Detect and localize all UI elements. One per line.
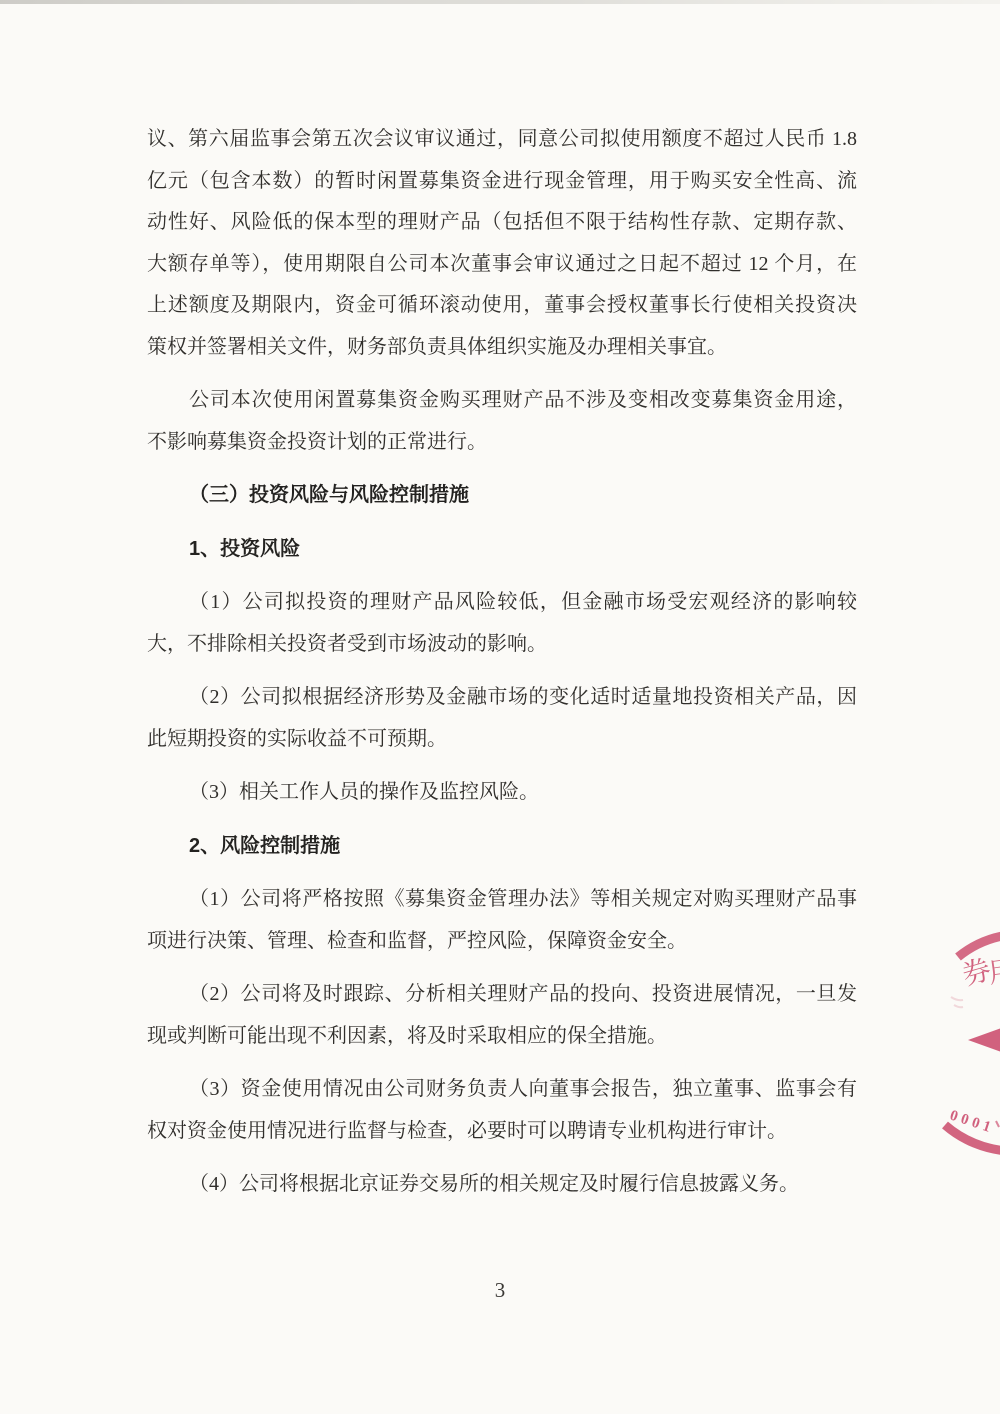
scan-artifact-top-edge: [0, 0, 1000, 4]
seal-bottom-arc: [945, 1125, 1000, 1151]
text-line: 权对资金使用情况进行监督与检查，必要时可以聘请专业机构进行审计。: [147, 1111, 857, 1153]
text-line: （4）公司将根据北京证券交易所的相关规定及时履行信息披露义务。: [147, 1164, 857, 1206]
text-line: 动性好、风险低的保本型的理财产品（包括但不限于结构性存款、定期存款、: [147, 202, 857, 244]
paragraph: （3）资金使用情况由公司财务负责人向董事会报告，独立董事、监事会有权对资金使用情…: [147, 1069, 857, 1152]
text-line: 2、风险控制措施: [147, 826, 857, 868]
section-heading: （三）投资风险与风险控制措施: [147, 475, 857, 517]
seal-serial-number: 0001: [948, 1108, 997, 1137]
text-line: （2）公司将及时跟踪、分析相关理财产品的投向、投资进展情况，一旦发: [147, 974, 857, 1016]
paragraph: （1）公司拟投资的理财产品风险较低，但金融市场受宏观经济的影响较大，不排除相关投…: [147, 582, 857, 665]
text-line: 上述额度及期限内，资金可循环滚动使用，董事会授权董事长行使相关投资决: [147, 285, 857, 327]
paragraph: 公司本次使用闲置募集资金购买理财产品不涉及变相改变募集资金用途，不影响募集资金投…: [147, 380, 857, 463]
text-line: 1、投资风险: [147, 529, 857, 571]
seal-partial-char: 用: [986, 955, 1000, 990]
section-heading: 2、风险控制措施: [147, 826, 857, 868]
paragraph: （3）相关工作人员的操作及监控风险。: [147, 772, 857, 814]
text-line: （1）公司拟投资的理财产品风险较低，但金融市场受宏观经济的影响较: [147, 582, 857, 624]
text-line: 议、第六届监事会第五次会议审议通过，同意公司拟使用额度不超过人民币 1.8: [147, 119, 857, 161]
text-line: 项进行决策、管理、检查和监督，严控风险，保障资金安全。: [147, 921, 857, 963]
seal-char: 券: [959, 953, 995, 991]
text-line: 亿元（包含本数）的暂时闲置募集资金进行现金管理，用于购买安全性高、流: [147, 161, 857, 203]
text-line: （3）相关工作人员的操作及监控风险。: [147, 772, 857, 814]
text-line: （3）资金使用情况由公司财务负责人向董事会报告，独立董事、监事会有: [147, 1069, 857, 1111]
document-body: 议、第六届监事会第五次会议审议通过，同意公司拟使用额度不超过人民币 1.8亿元（…: [147, 119, 857, 1206]
text-line: 此短期投资的实际收益不可预期。: [147, 719, 857, 761]
paragraph: （2）公司将及时跟踪、分析相关理财产品的投向、投资进展情况，一旦发现或判断可能出…: [147, 974, 857, 1057]
text-line: 不影响募集资金投资计划的正常进行。: [147, 422, 857, 464]
text-line: 现或判断可能出现不利因素，将及时采取相应的保全措施。: [147, 1016, 857, 1058]
text-line: 大额存单等），使用期限自公司本次董事会审议通过之日起不超过 12 个月，在: [147, 244, 857, 286]
official-seal-stamp: 券 用 0001: [920, 925, 1000, 1160]
paragraph: （1）公司将严格按照《募集资金管理办法》等相关规定对购买理财产品事项进行决策、管…: [147, 879, 857, 962]
seal-star-icon: [968, 977, 1000, 1103]
document-page: 议、第六届监事会第五次会议审议通过，同意公司拟使用额度不超过人民币 1.8亿元（…: [0, 0, 1000, 1414]
seal-serial-tick: [996, 1121, 999, 1127]
text-line: 大，不排除相关投资者受到市场波动的影响。: [147, 624, 857, 666]
seal-ink-speck: [951, 997, 963, 1007]
paragraph: （2）公司拟根据经济形势及金融市场的变化适时适量地投资相关产品，因此短期投资的实…: [147, 677, 857, 760]
text-line: 策权并签署相关文件，财务部负责具体组织实施及办理相关事宜。: [147, 327, 857, 369]
text-line: （1）公司将严格按照《募集资金管理办法》等相关规定对购买理财产品事: [147, 879, 857, 921]
text-line: （三）投资风险与风险控制措施: [147, 475, 857, 517]
paragraph: 议、第六届监事会第五次会议审议通过，同意公司拟使用额度不超过人民币 1.8亿元（…: [147, 119, 857, 368]
paragraph: （4）公司将根据北京证券交易所的相关规定及时履行信息披露义务。: [147, 1164, 857, 1206]
text-line: 公司本次使用闲置募集资金购买理财产品不涉及变相改变募集资金用途，: [147, 380, 857, 422]
seal-top-arc: [958, 935, 1000, 957]
page-number: 3: [0, 1278, 1000, 1303]
text-line: （2）公司拟根据经济形势及金融市场的变化适时适量地投资相关产品，因: [147, 677, 857, 719]
section-heading: 1、投资风险: [147, 529, 857, 571]
